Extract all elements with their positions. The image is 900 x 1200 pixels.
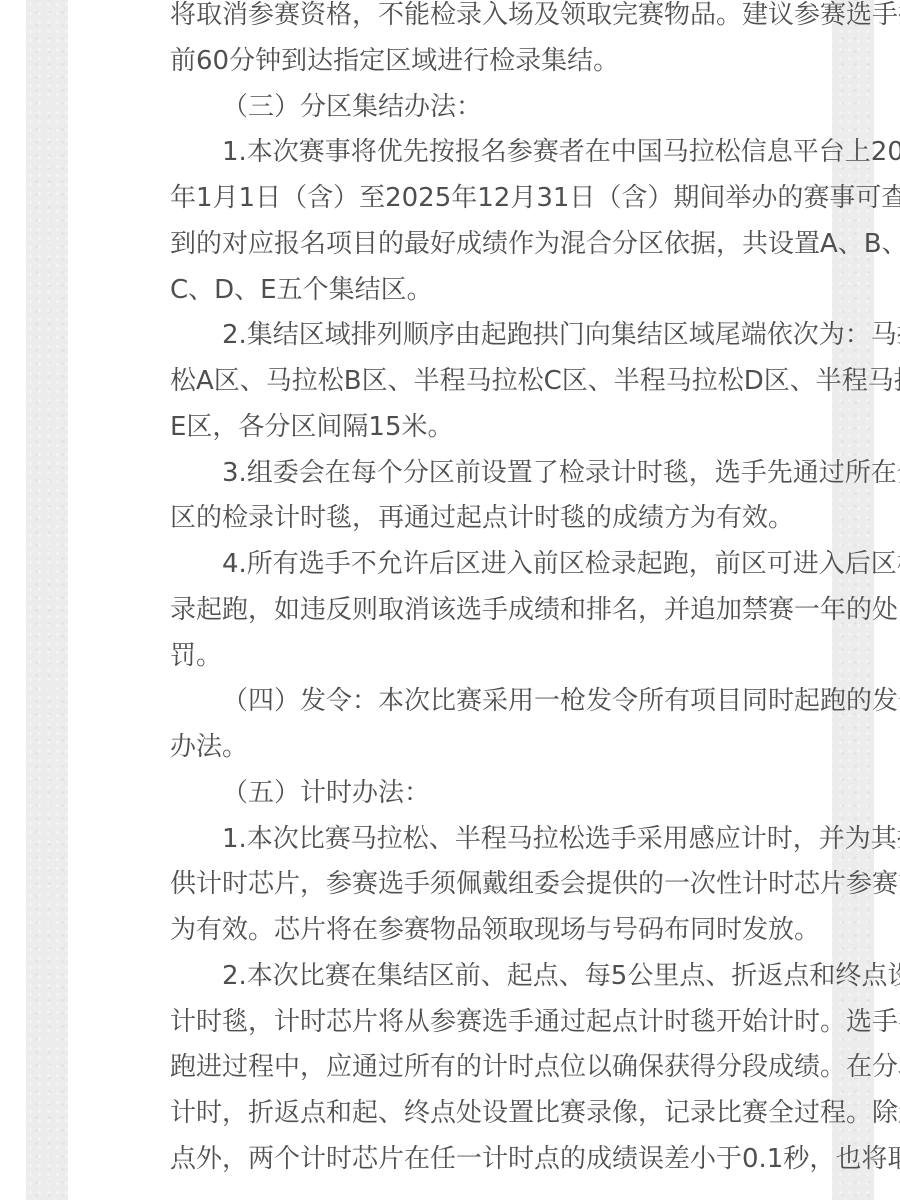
text-line: 办法。	[170, 725, 870, 771]
text-line: 1.本次赛事将优先按报名参赛者在中国马拉松信息平台上2023	[170, 130, 870, 176]
text-line: （五）计时办法：	[170, 771, 870, 817]
text-line: 到的对应报名项目的最好成绩作为混合分区依据，共设置A、B、	[170, 222, 870, 268]
text-line: 计时，折返点和起、终点处设置比赛录像，记录比赛全过程。除起	[170, 1091, 870, 1137]
article-text-body: 将取消参赛资格，不能检录入场及领取完赛物品。建议参赛选手提前60分钟到达指定区域…	[170, 0, 870, 1183]
text-line: （四）发令：本次比赛采用一枪发令所有项目同时起跑的发令	[170, 679, 870, 725]
text-line: C、D、E五个集结区。	[170, 268, 870, 314]
text-line: （三）分区集结办法：	[170, 85, 870, 131]
text-line: 2.本次比赛在集结区前、起点、每5公里点、折返点和终点设有	[170, 954, 870, 1000]
text-line: 跑进过程中，应通过所有的计时点位以确保获得分段成绩。在分段	[170, 1045, 870, 1091]
text-line: 录起跑，如违反则取消该选手成绩和排名，并追加禁赛一年的处	[170, 588, 870, 634]
text-line: E区，各分区间隔15米。	[170, 405, 870, 451]
text-line: 供计时芯片，参赛选手须佩戴组委会提供的一次性计时芯片参赛方	[170, 862, 870, 908]
text-line: 松A区、马拉松B区、半程马拉松C区、半程马拉松D区、半程马拉松	[170, 359, 870, 405]
text-line: 年1月1日（含）至2025年12月31日（含）期间举办的赛事可查询	[170, 176, 870, 222]
text-line: 罚。	[170, 634, 870, 680]
text-line: 3.组委会在每个分区前设置了检录计时毯，选手先通过所在分	[170, 451, 870, 497]
text-line: 点外，两个计时芯片在任一计时点的成绩误差小于0.1秒，也将取消	[170, 1137, 870, 1183]
text-line: 将取消参赛资格，不能检录入场及领取完赛物品。建议参赛选手提	[170, 0, 870, 39]
text-line: 4.所有选手不允许后区进入前区检录起跑，前区可进入后区检	[170, 542, 870, 588]
article-card[interactable]: 将取消参赛资格，不能检录入场及领取完赛物品。建议参赛选手提前60分钟到达指定区域…	[68, 0, 832, 1200]
text-line: 为有效。芯片将在参赛物品领取现场与号码布同时发放。	[170, 908, 870, 954]
text-line: 2.集结区域排列顺序由起跑拱门向集结区域尾端依次为：马拉	[170, 313, 870, 359]
article-page: { "page": { "background_color": "#ffffff…	[0, 0, 900, 1200]
text-line: 前60分钟到达指定区域进行检录集结。	[170, 39, 870, 85]
text-line: 计时毯，计时芯片将从参赛选手通过起点计时毯开始计时。选手在	[170, 1000, 870, 1046]
text-line: 区的检录计时毯，再通过起点计时毯的成绩方为有效。	[170, 496, 870, 542]
text-line: 1.本次比赛马拉松、半程马拉松选手采用感应计时，并为其提	[170, 817, 870, 863]
